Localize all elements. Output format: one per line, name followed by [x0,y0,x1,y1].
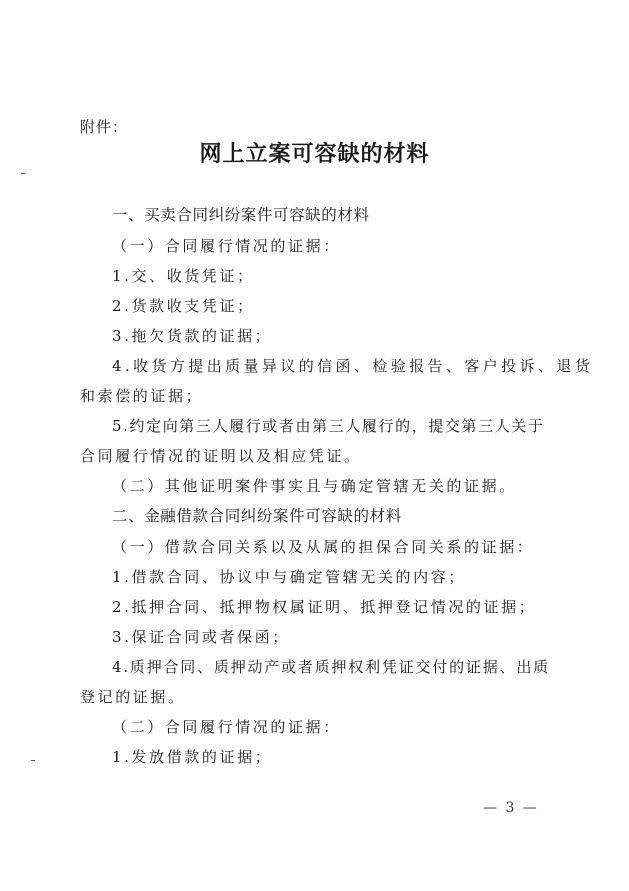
list-item: 2.抵押合同、抵押物权属证明、抵押登记情况的证据； [112,597,536,617]
document-title: 网上立案可容缺的材料 [0,137,629,168]
list-item-continued: 登记的证据。 [80,687,186,707]
list-item: 5.约定向第三人履行或者由第三人履行的，提交第三人关于 [112,416,545,436]
list-item: 1.交、收货凭证； [112,266,255,286]
section-heading-1: 一、买卖合同纠纷案件可容缺的材料 [112,205,370,225]
attachment-label: 附件： [80,116,128,137]
subsection-heading: （一）借款合同关系以及从属的担保合同关系的证据： [112,537,534,557]
list-item: 1.发放借款的证据； [112,747,272,767]
subsection-heading: （一）合同履行情况的证据： [112,236,341,256]
list-item-continued: 和索偿的证据； [80,386,203,406]
list-item: 4.收货方提出质量异议的信函、检验报告、客户投诉、退货 [112,356,593,376]
document-page: 附件： 网上立案可容缺的材料 一、买卖合同纠纷案件可容缺的材料 （一）合同履行情… [0,0,629,891]
list-item: 3.保证合同或者保函； [112,627,290,647]
list-item: 1.借款合同、协议中与确定管辖无关的内容； [112,567,466,587]
list-item: 3.拖欠货款的证据； [112,326,272,346]
list-item: 4.质押合同、质押动产或者质押权利凭证交付的证据、出质 [112,657,550,677]
page-number: — 3 — [483,800,539,816]
subsection-heading: （二）其他证明案件事实且与确定管辖无关的证据。 [112,476,517,496]
list-item-continued: 合同履行情况的证明以及相应凭证。 [80,446,362,466]
margin-mark [21,173,25,174]
subsection-heading: （二）合同履行情况的证据： [112,717,341,737]
list-item: 2.货款收支凭证； [112,296,255,316]
section-heading-2: 二、金融借款合同纠纷案件可容缺的材料 [112,506,402,526]
margin-mark [31,760,35,761]
